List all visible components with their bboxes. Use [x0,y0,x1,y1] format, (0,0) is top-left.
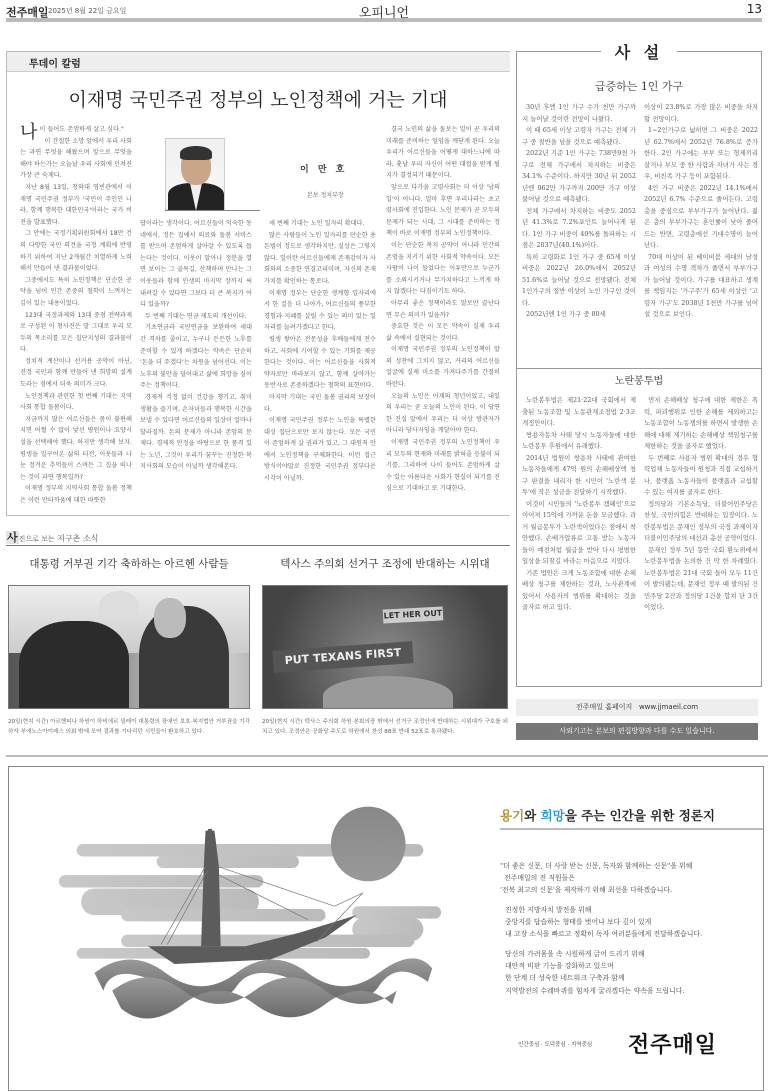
yellow-envelope-text-col1: 노란봉투법은 제21·22대 국회에서 제출된 노동조합 및 노동관계조정법 2… [522,395,636,614]
column-text-col1: 나 이 들어도 존엄하게 살고 싶다." 이 간절한 소망 앞에서 우리 사회는… [20,124,132,507]
divider [500,828,763,830]
divider [165,210,260,211]
editorial-text-col1: 30년 후엔 1인 가구 수가 천만 가구까지 늘어날 것이란 전망이 나왔다.… [522,102,636,321]
yellow-envelope-title: 노란봉투법 [516,372,762,387]
editorial-label: 사 설 [516,40,762,63]
column-text-col2: 답이라는 생각이다. 어르신들이 익숙한 동네에서, 정든 집에서 의료와 돌봄… [140,218,252,473]
dropcap: 나 [20,124,37,142]
ad-tagline: 인간중심 · 도덕중심 · 지역중심 [518,1040,592,1048]
author-role: 본보 정치부장 [307,190,344,199]
editorial-text-col2: 이상이 23.8%로 가장 많은 비중을 차지할 전망이다. 1~2인가구로 넓… [644,102,758,321]
homepage-link[interactable]: www.jjmaeil.com [639,703,698,711]
author-name: 이 만 호 [300,162,347,175]
homepage-label: 전주매일 홈페이지 [576,703,632,711]
photo1-caption: 20일(현지 시간) 아르헨티나 하원이 하비에르 밀레이 대통령의 장애인 보… [8,717,250,737]
ad-paragraph-2: 진정한 지방자치 발전을 위해 중앙지를 답습하는 형태를 벗어나 보다 깊이 … [505,904,765,941]
photo2-title: 텍사스 주의회 선거구 조정에 반대하는 시위대 [262,556,508,571]
newspaper-brand: 전주매일 [6,4,49,20]
column-headline: 이재명 국민주권 정부의 노인정책에 거는 기대 [6,85,510,112]
masthead: 오피니언 전주매일 2025년 8월 22일 금요일 13 [6,0,762,22]
divider [6,755,768,757]
photo1-image [8,585,250,709]
issue-date: 2025년 8월 22일 금요일 [48,6,126,16]
column-text-col3: 세 번째 기대는 노인 일자리 확대다. 많은 사람들이 노인 일자리를 단순한… [264,218,376,485]
photo-news-header: 사진으로 보는 지구촌 소식 [6,526,510,546]
photo2-image: PUT TEXANS FIRST LET HER OUT [262,585,508,709]
ad-paragraph-1: "더 좋은 신문, 더 사랑 받는 신문, 독자와 함께하는 신문"을 위해 전… [500,860,762,897]
ship-illustration [30,804,470,1044]
homepage-bar: 전주매일 홈페이지 www.jjmaeil.com [516,699,758,716]
column-tag: 투데이 칼럼 [7,52,510,72]
ad-paragraph-3: 당신의 가려움을 속 시원하게 긁어 드리기 위해 대안적 비판 기능을 강화하… [505,948,765,997]
yellow-envelope-text-col2: 먼저 손해배상 청구에 대한 제한은 폭력, 파괴행위로 인한 손해를 제외하고… [644,395,758,614]
photo1-title: 대통령 거부권 기각 축하하는 아르헨 사람들 [8,556,250,571]
editorial-title: 급증하는 1인 가구 [516,78,762,94]
photo2-caption: 20일(현지 시간) 텍사스 주의회 하원 본회의장 밖에서 선거구 조정안에 … [262,717,508,737]
page-number: 13 [747,2,762,16]
notice-bar: 사외기고는 본보의 편집방향과 다를 수도 있습니다. [516,723,758,740]
author-photo [165,138,225,210]
newspaper-logo: 전주매일 [628,1028,717,1059]
ad-slogan: 용기와 희망을 주는 인간을 위한 정론지 [500,806,715,824]
column-text-col4: 결국 노인의 삶을 돌보는 일이 곧 우리의 미래를 준비하는 일임을 깨닫게 … [386,124,500,495]
